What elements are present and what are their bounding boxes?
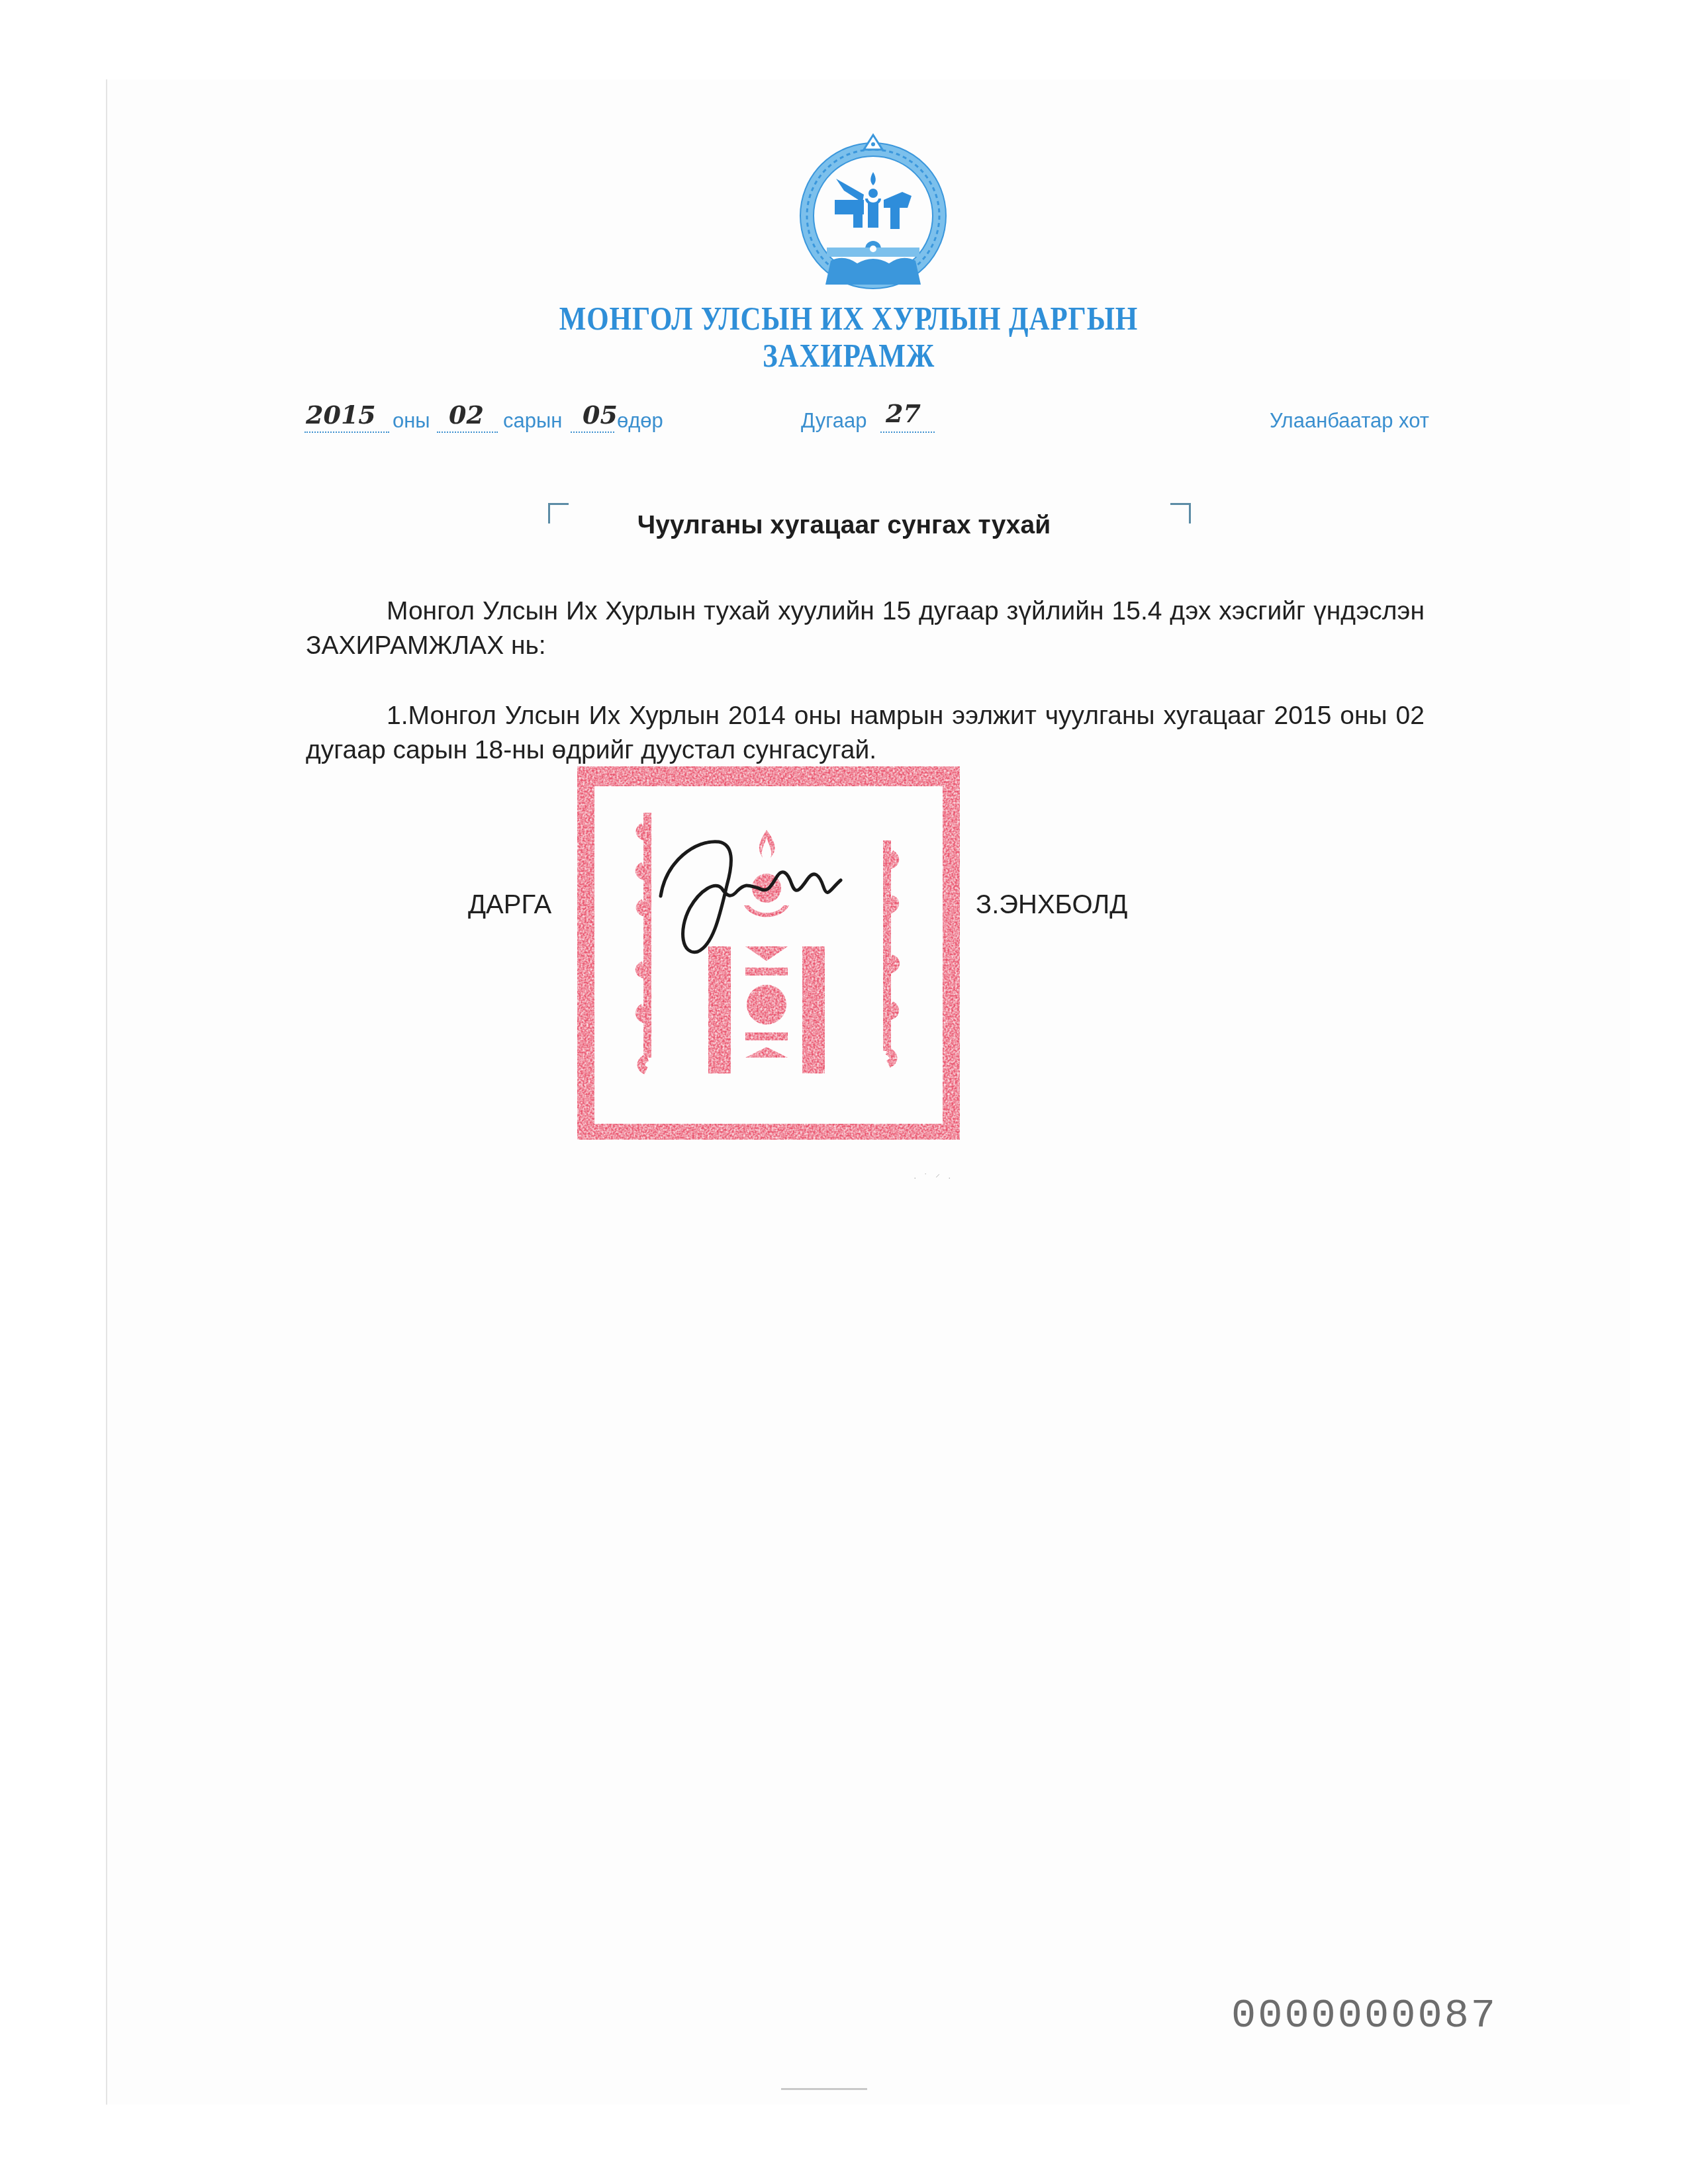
header-title-line1: МОНГОЛ УЛСЫН ИХ ХУРЛЫН ДАРГЫН (123, 299, 1575, 338)
signatory-title: ДАРГА (468, 890, 551, 920)
scan-artifact-line (781, 2088, 867, 2090)
month-value: 02 (449, 400, 484, 430)
paragraph-decision-text: 1.Монгол Улсын Их Хурлын 2014 оны намрын… (306, 702, 1425, 764)
scan-artifact: · ˙ ⸍ · (914, 1171, 1006, 1185)
number-blank (880, 432, 935, 433)
year-value: 2015 (306, 400, 376, 430)
document-subject: Чуулганы хугацааг сунгах тухай (0, 511, 1688, 540)
header-title-line2: ЗАХИРАМЖ (123, 336, 1575, 375)
city-label: Улаанбаатар хот (1270, 409, 1429, 433)
signatory-name: З.ЭНХБОЛД (976, 890, 1127, 920)
day-value: 05 (583, 400, 618, 430)
day-label: өдөр (617, 409, 663, 433)
handwritten-signature (649, 835, 887, 961)
state-emblem-icon (798, 131, 949, 294)
month-label: сарын (503, 409, 562, 433)
number-label: Дугаар (801, 409, 867, 433)
year-blank (305, 432, 389, 433)
stamp-serial-number: 0000000087 (1231, 1992, 1497, 2039)
year-label: оны (393, 409, 430, 433)
paragraph-basis: Монгол Улсын Их Хурлын тухай хуулийн 15 … (306, 594, 1425, 663)
paragraph-decision: 1.Монгол Улсын Их Хурлын 2014 оны намрын… (306, 699, 1425, 768)
month-blank (437, 432, 498, 433)
day-blank (571, 432, 614, 433)
paragraph-basis-text: Монгол Улсын Их Хурлын тухай хуулийн 15 … (306, 597, 1425, 660)
number-value: 27 (886, 398, 921, 428)
